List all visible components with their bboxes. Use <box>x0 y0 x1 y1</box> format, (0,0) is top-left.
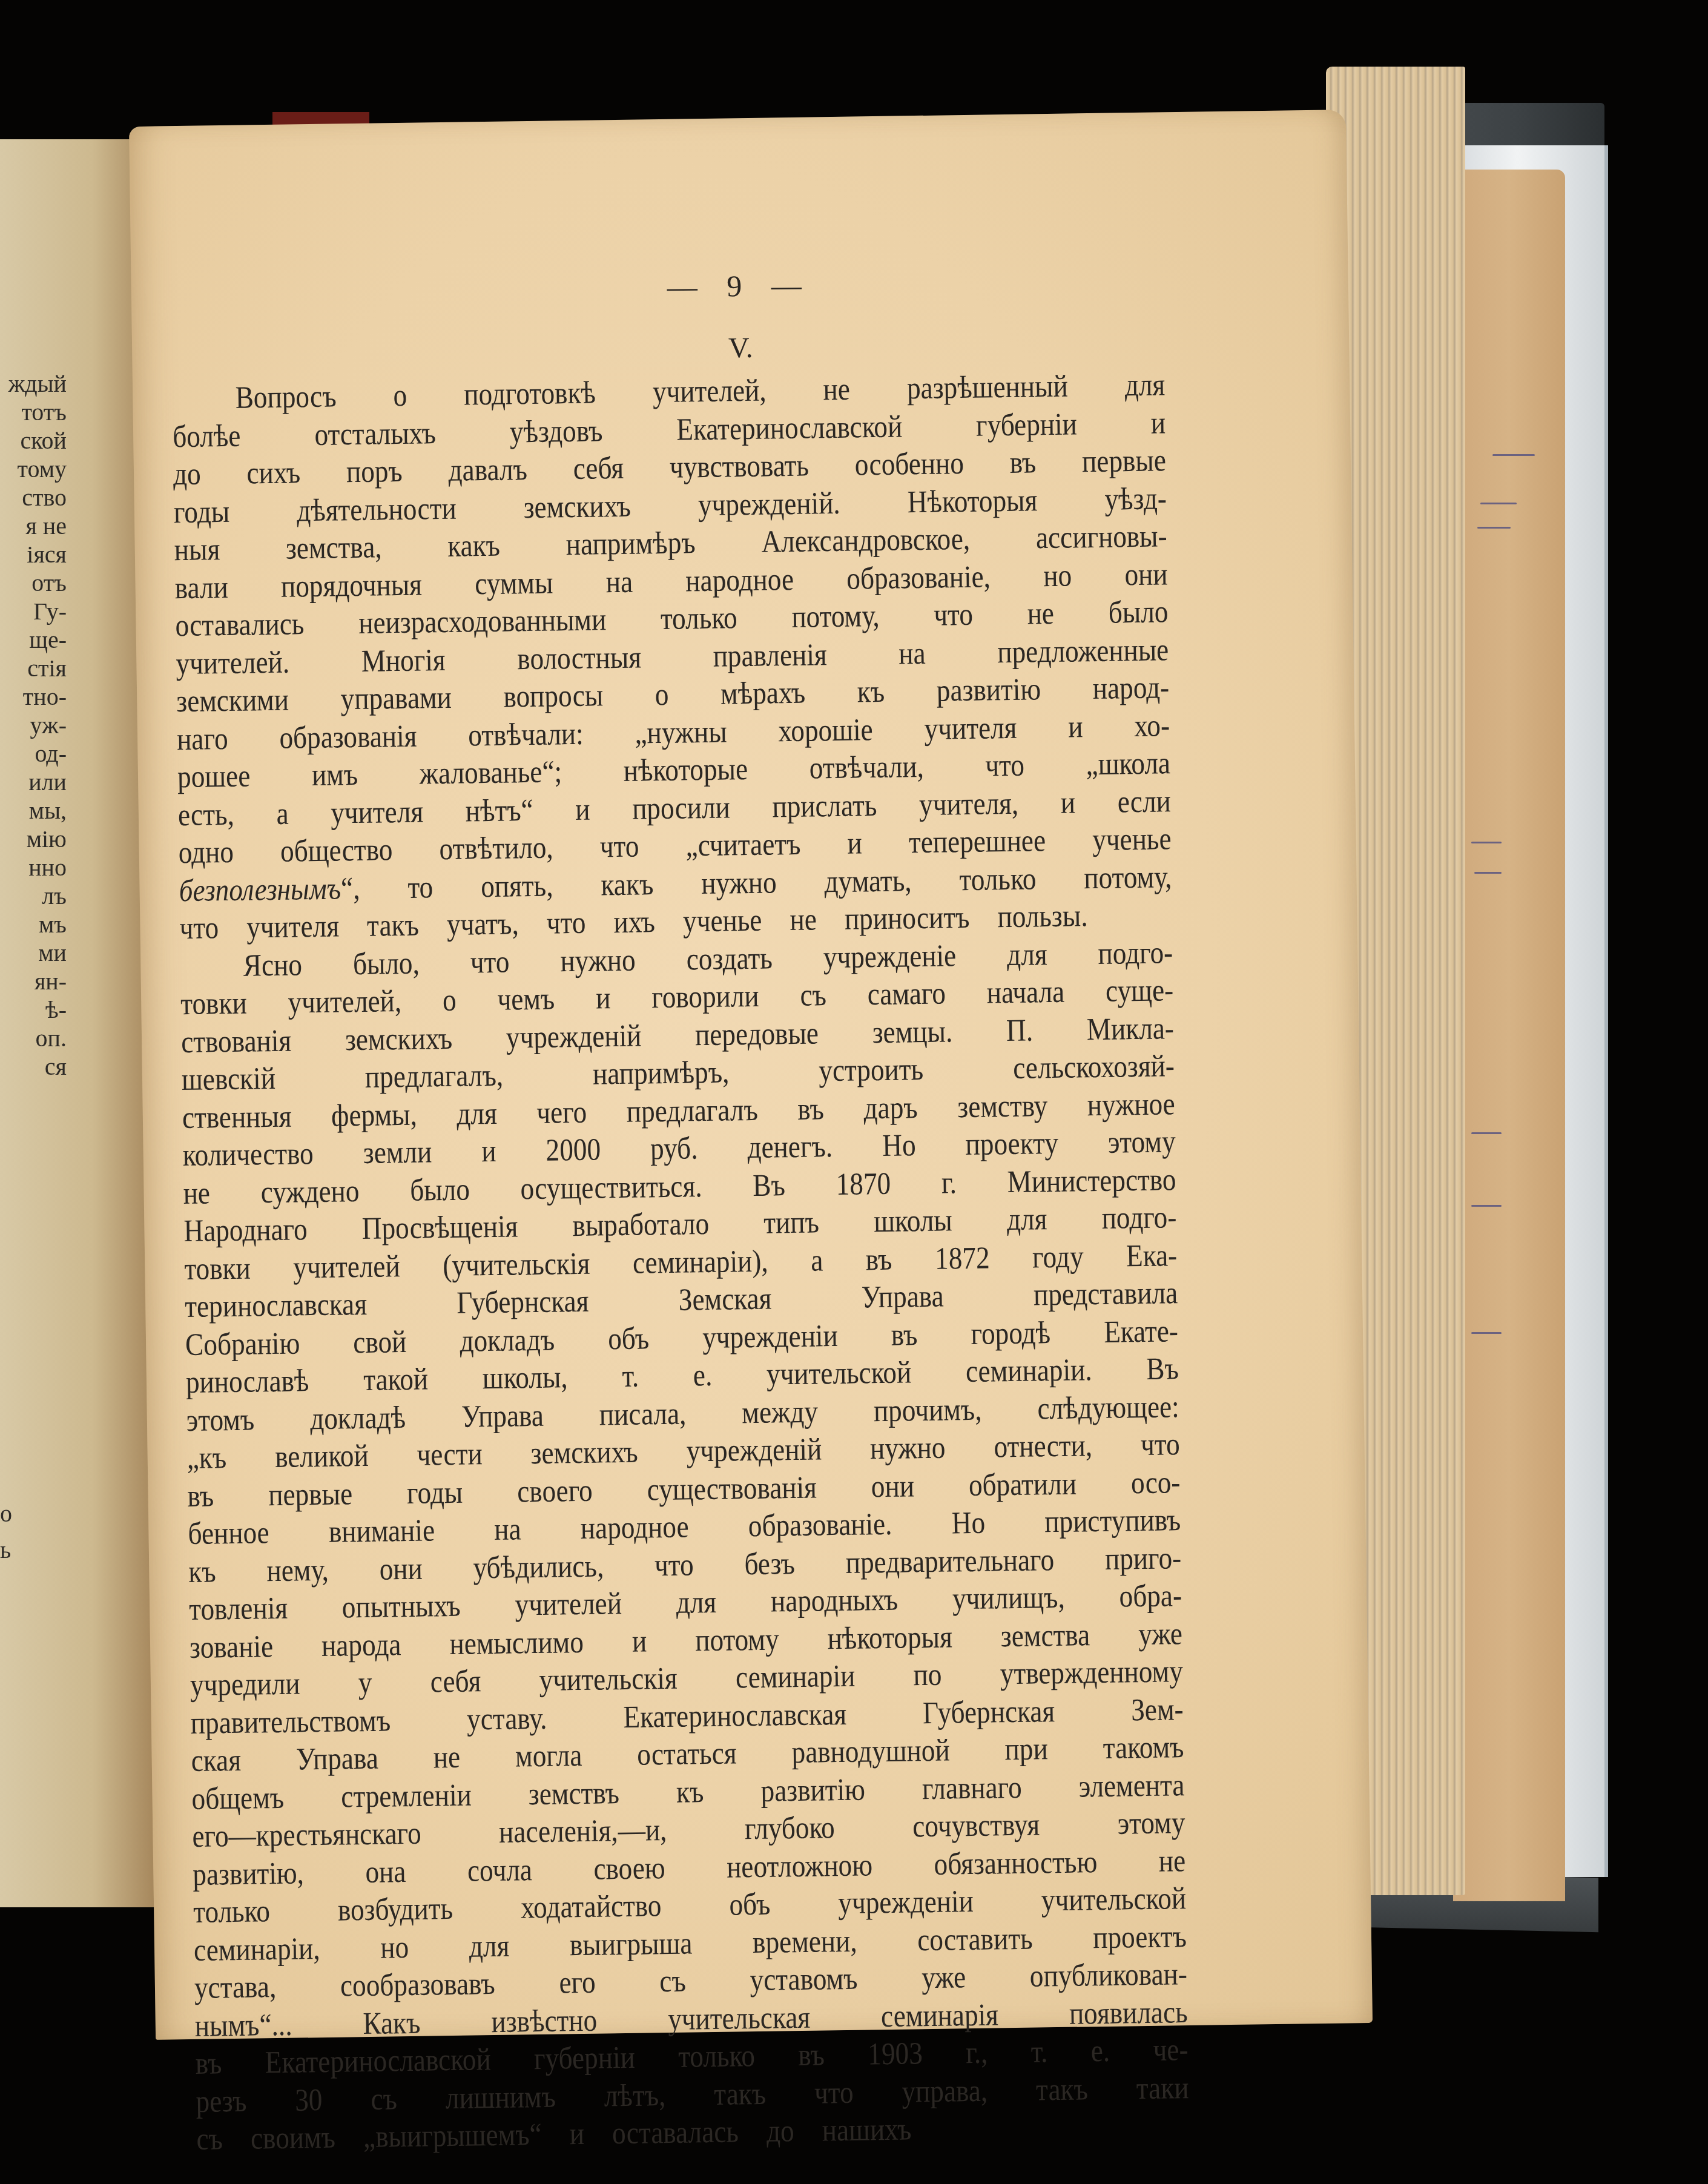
fragment-line: о <box>0 1496 12 1532</box>
pencil-mark <box>1471 842 1502 843</box>
pencil-mark <box>1480 503 1517 504</box>
fragment-line: Гу- <box>0 597 67 625</box>
book-page: — 9 — V. Вопросъ о подготовкѣ учителей, … <box>129 110 1373 2040</box>
fragment-line: мъ <box>0 910 67 939</box>
pencil-mark <box>1471 1132 1502 1134</box>
pencil-mark <box>1471 1332 1502 1334</box>
fragment-line: уж- <box>0 711 67 739</box>
fragment-line: ян- <box>0 967 67 995</box>
pencil-mark <box>1477 527 1511 529</box>
fragment-line: лъ <box>0 882 67 910</box>
fragment-line: ство <box>0 483 67 512</box>
fragment-line: или <box>0 768 67 796</box>
fragment-line: я не <box>0 512 67 540</box>
section-heading: V. <box>132 323 1350 373</box>
fragment-line: нно <box>0 853 67 882</box>
fragment-line: тотъ <box>0 398 67 426</box>
fragment-line: ѣ- <box>0 995 67 1024</box>
fragment-line: отъ <box>0 569 67 597</box>
italic-word: безполезнымъ <box>179 871 341 908</box>
fragment-line: ми <box>0 939 67 967</box>
fragment-line: од- <box>0 739 67 768</box>
pencil-mark <box>1474 872 1502 874</box>
fragment-line: ской <box>0 426 67 455</box>
tan-insert-sheet <box>1453 170 1565 1901</box>
pencil-mark <box>1471 1205 1502 1207</box>
fragment-line: мію <box>0 825 67 853</box>
facing-page-bottom-fragments: оь <box>0 1496 12 1568</box>
fragment-line: ь <box>0 1532 12 1568</box>
fragment-line: тно- <box>0 682 67 711</box>
fragment-line: ще- <box>0 625 67 654</box>
body-text: Вопросъ о подготовкѣ учителей, не разрѣш… <box>172 366 1190 2159</box>
pencil-mark <box>1492 454 1535 456</box>
fragment-line: ся <box>0 1052 67 1081</box>
fragment-line: ждый <box>0 369 67 398</box>
fragment-line: іяся <box>0 540 67 569</box>
fragment-line: стія <box>0 654 67 682</box>
page-number: — 9 — <box>131 260 1349 312</box>
fragment-line: мы, <box>0 796 67 825</box>
fragment-line: тому <box>0 455 67 483</box>
fragment-line: оп. <box>0 1024 67 1052</box>
facing-page-text-fragments: ждыйтотъскойтомуствоя неіясяотъГу-ще-сті… <box>0 369 67 1081</box>
